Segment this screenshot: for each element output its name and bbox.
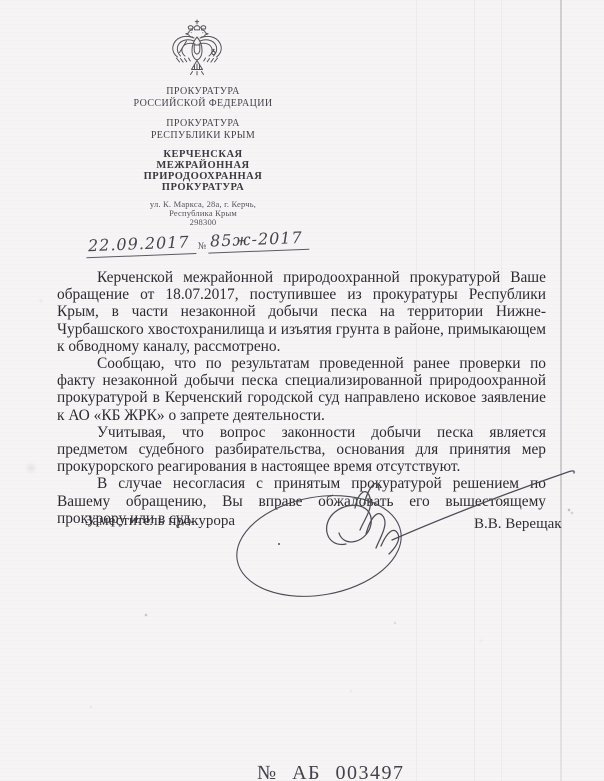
org-region-line2: РЕСПУБЛИКИ КРЫМ [48,130,358,142]
number-sign: № [198,242,207,252]
scan-fold-line [560,0,562,781]
org-name-line: КЕРЧЕНСКАЯ [48,149,358,160]
signature-autograph-icon [228,448,593,603]
paragraph-2: Сообщаю, что по результатам проведенной … [57,355,546,424]
form-serial-number: № АБ 003497 [257,762,405,781]
org-region-line1: ПРОКУРАТУРА [48,118,358,130]
org-parent-line2: РОССИЙСКОЙ ФЕДЕРАЦИИ [48,98,358,110]
letterhead: ПРОКУРАТУРА РОССИЙСКОЙ ФЕДЕРАЦИИ ПРОКУРА… [48,86,358,227]
org-region-name: ПРОКУРАТУРА РЕСПУБЛИКИ КРЫМ [48,118,358,141]
paragraph-1: Керченской межрайонной природоохранной п… [57,269,546,355]
scanned-letter-page: ПРОКУРАТУРА РОССИЙСКОЙ ФЕДЕРАЦИИ ПРОКУРА… [0,0,604,781]
signer-title: Заместитель прокурора [85,513,235,530]
org-address: ул. К. Маркса, 28а, г. Керчь, Республика… [48,200,358,227]
double-headed-eagle-icon [170,18,224,77]
reference-line: 22.09.2017№85ж-2017 [86,228,309,259]
handwritten-date: 22.09.2017 [86,232,196,258]
address-postcode: 298300 [48,218,358,227]
org-name-line: ПРИРОДООХРАННАЯ [48,171,358,182]
org-name: КЕРЧЕНСКАЯ МЕЖРАЙОННАЯ ПРИРОДООХРАННАЯ П… [48,149,358,193]
org-name-line: ПРОКУРАТУРА [48,182,358,193]
org-parent-name: ПРОКУРАТУРА РОССИЙСКОЙ ФЕДЕРАЦИИ [48,86,358,109]
org-name-line: МЕЖРАЙОННАЯ [48,160,358,171]
handwritten-outgoing-number: 85ж-2017 [208,228,309,254]
scan-noise-specks [0,0,2,2]
org-parent-line1: ПРОКУРАТУРА [48,86,358,98]
